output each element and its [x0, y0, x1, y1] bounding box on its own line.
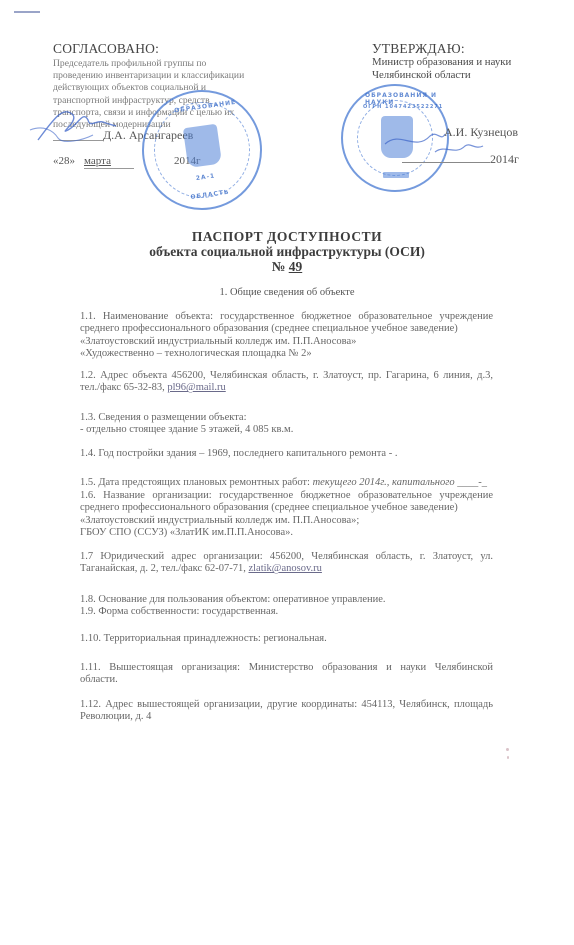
approval-left-heading: СОГЛАСОВАНО: [53, 41, 159, 57]
item-line: Революции, д. 4 [80, 711, 493, 723]
item-1-11: 1.11. Вышестоящая организация: Министерс… [80, 662, 493, 687]
right-stamp-ogrn: ОГРН 1047423522271 [363, 104, 443, 110]
scan-mark [14, 11, 40, 13]
document-title: ПАСПОРТ ДОСТУПНОСТИ [0, 229, 574, 245]
approval-right-signatory: А.И. Кузнецов [444, 125, 518, 140]
item-1-2: 1.2. Адрес объекта 456200, Челябинская о… [80, 370, 493, 395]
scan-speck [506, 748, 509, 751]
item-1-10: 1.10. Территориальная принадлежность: ре… [80, 633, 493, 645]
date-line [84, 168, 134, 169]
approval-right-heading: УТВЕРЖДАЮ: [372, 41, 465, 57]
item-line: «Златоустовский индустриальный колледж и… [80, 515, 493, 527]
approval-right-line: Министр образования и науки [372, 56, 511, 69]
item-suffix: ____-_ [455, 477, 487, 488]
item-1-3: 1.3. Сведения о размещении объекта: - от… [80, 412, 493, 437]
item-1-6: 1.6. Название организации: государственн… [80, 490, 493, 539]
approval-right-date-year: 2014г [490, 152, 519, 167]
approval-left-date-day: «28» [53, 155, 75, 167]
item-line: 1.1. Наименование объекта: государственн… [80, 311, 493, 323]
approval-left-line: проведению инвентаризации и классификаци… [53, 70, 244, 82]
signature-icon [28, 100, 118, 150]
email-link[interactable]: zlatik@anosov.ru [248, 563, 321, 574]
item-line: среднего профессионального образования (… [80, 502, 493, 514]
item-line: 1.9. Форма собственности: государственна… [80, 606, 493, 618]
item-line: 1.4. Год постройки здания – 1969, послед… [80, 448, 493, 460]
item-line: 1.3. Сведения о размещении объекта: [80, 412, 493, 424]
item-line: ГБОУ СПО (ССУЗ) «ЗлатИК им.П.П.Аносова». [80, 527, 493, 539]
item-line: 1.6. Название организации: государственн… [80, 490, 493, 502]
item-line: 1.2. Адрес объекта 456200, Челябинская о… [80, 370, 493, 382]
item-1-7: 1.7 Юридический адрес организации: 45620… [80, 551, 493, 576]
number-value: 49 [289, 259, 303, 274]
item-line: 1.7 Юридический адрес организации: 45620… [80, 551, 493, 563]
approval-left-line: Председатель профильной группы по [53, 58, 244, 70]
item-italic: текущего 2014г., капитального [313, 477, 455, 488]
item-line: «Златоустовский индустриальный колледж и… [80, 336, 493, 348]
approval-left-date-month: марта [84, 155, 111, 167]
item-1-4: 1.4. Год постройки здания – 1969, послед… [80, 448, 493, 460]
email-link[interactable]: pl96@mail.ru [167, 382, 225, 393]
item-line: 1.11. Вышестоящая организация: Министерс… [80, 662, 493, 674]
item-line: «Художественно – технологическая площадк… [80, 348, 493, 360]
item-1-5: 1.5. Дата предстоящих плановых ремонтных… [80, 477, 493, 489]
item-line: 1.5. Дата предстоящих плановых ремонтных… [80, 477, 313, 488]
number-prefix: № [272, 259, 286, 274]
item-line: 1.10. Территориальная принадлежность: ре… [80, 633, 493, 645]
item-line: тел./факс 65-32-83, [80, 382, 167, 393]
item-line: области. [80, 674, 493, 686]
item-line: - отдельно стоящее здание 5 этажей, 4 08… [80, 424, 493, 436]
section-heading: 1. Общие сведения об объекте [0, 287, 574, 298]
item-line: 1.12. Адрес вышестоящей организации, дру… [80, 699, 493, 711]
item-1-12: 1.12. Адрес вышестоящей организации, дру… [80, 699, 493, 724]
item-line: Таганайская, д. 2, тел./факс 62-07-71, [80, 563, 248, 574]
approval-right-text: Министр образования и науки Челябинской … [372, 56, 511, 82]
item-line: 1.8. Основание для пользования объектом:… [80, 594, 493, 606]
approval-right-line: Челябинской области [372, 69, 511, 82]
document-number: № 49 [0, 259, 574, 275]
date-line [402, 162, 490, 163]
item-line: среднего профессионального образования (… [80, 323, 493, 335]
item-1-1: 1.1. Наименование объекта: государственн… [80, 311, 493, 360]
document-subtitle: объекта социальной инфраструктуры (ОСИ) [0, 244, 574, 260]
item-1-8-1-9: 1.8. Основание для пользования объектом:… [80, 594, 493, 619]
scan-speck [507, 756, 509, 759]
